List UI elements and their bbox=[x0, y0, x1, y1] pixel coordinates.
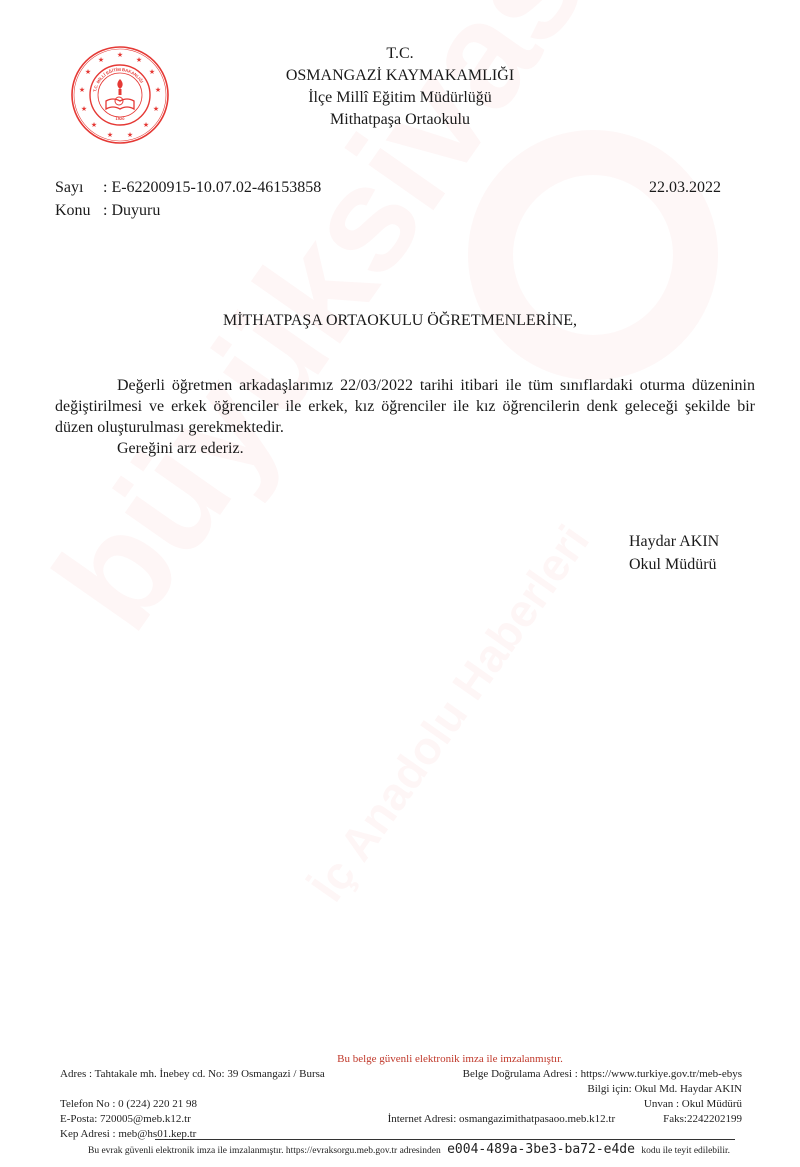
footer-title: Unvan : Okul Müdürü bbox=[388, 1097, 742, 1112]
addressee: MİTHATPAŞA ORTAOKULU ÖĞRETMENLERİNE, bbox=[0, 312, 800, 330]
svg-text:★: ★ bbox=[117, 51, 123, 59]
watermark-sub-text: İç Anadolu Haberleri bbox=[300, 515, 600, 911]
footer-fax: Faks:2242202199 bbox=[663, 1112, 742, 1127]
sayi-value: : E-62200915-10.07.02-46153858 bbox=[103, 176, 321, 199]
svg-text:★: ★ bbox=[143, 121, 149, 129]
meb-emblem-icon: ★ ★ ★ ★ ★ ★ ★ ★ ★ ★ ★ ★ ★ T.C. MİLLÎ EĞİ… bbox=[70, 45, 170, 145]
closing-line: Gereğini arz ederiz. bbox=[55, 438, 755, 459]
letterhead: T.C. OSMANGAZİ KAYMAKAMLIĞI İlçe Millî E… bbox=[250, 43, 550, 131]
svg-text:★: ★ bbox=[149, 68, 155, 76]
footer-address: Adres : Tahtakale mh. İnebey cd. No: 39 … bbox=[60, 1067, 325, 1082]
header-directorate: İlçe Millî Eğitim Müdürlüğü bbox=[250, 87, 550, 109]
document-meta: Sayı : E-62200915-10.07.02-46153858 Konu… bbox=[55, 176, 321, 222]
verify-prefix: Bu evrak güvenli elektronik imza ile imz… bbox=[88, 1146, 441, 1156]
svg-text:★: ★ bbox=[79, 86, 85, 94]
svg-text:★: ★ bbox=[91, 121, 97, 129]
konu-value: : Duyuru bbox=[103, 199, 160, 222]
footer-contacts: Telefon No : 0 (224) 220 21 98 E-Posta: … bbox=[60, 1097, 197, 1142]
svg-text:★: ★ bbox=[127, 131, 133, 139]
watermark-circle bbox=[468, 130, 718, 380]
footer-divider bbox=[155, 1139, 735, 1140]
header-district: OSMANGAZİ KAYMAKAMLIĞI bbox=[250, 65, 550, 87]
signer-title: Okul Müdürü bbox=[629, 553, 719, 576]
svg-text:★: ★ bbox=[85, 68, 91, 76]
sayi-label: Sayı bbox=[55, 176, 103, 199]
signature-block: Haydar AKIN Okul Müdürü bbox=[629, 530, 719, 576]
body-paragraph: Değerli öğretmen arkadaşlarımız 22/03/20… bbox=[55, 375, 755, 438]
svg-text:★: ★ bbox=[81, 105, 87, 113]
footer-email[interactable]: E-Posta: 720005@meb.k12.tr bbox=[60, 1112, 197, 1127]
footer-address-line: Adres : Tahtakale mh. İnebey cd. No: 39 … bbox=[60, 1067, 325, 1082]
svg-text:★: ★ bbox=[153, 105, 159, 113]
svg-text:★: ★ bbox=[98, 56, 104, 64]
svg-text:1920: 1920 bbox=[116, 116, 126, 121]
document-date: 22.03.2022 bbox=[649, 176, 721, 199]
svg-text:★: ★ bbox=[155, 86, 161, 94]
header-tc: T.C. bbox=[250, 43, 550, 65]
svg-text:★: ★ bbox=[136, 56, 142, 64]
verify-code: e004-489a-3be3-ba72-e4de bbox=[447, 1142, 635, 1157]
verification-line: Bu evrak güvenli elektronik imza ile imz… bbox=[88, 1142, 730, 1157]
footer-info: Bilgi için: Okul Md. Haydar AKIN bbox=[388, 1082, 742, 1097]
header-school: Mithatpaşa Ortaokulu bbox=[250, 109, 550, 131]
footer-internet[interactable]: İnternet Adresi: osmangazimithatpasaoo.m… bbox=[388, 1112, 616, 1127]
svg-text:★: ★ bbox=[107, 131, 113, 139]
footer-verify-address[interactable]: Belge Doğrulama Adresi : https://www.tur… bbox=[388, 1067, 742, 1082]
footer-phone: Telefon No : 0 (224) 220 21 98 bbox=[60, 1097, 197, 1112]
verify-suffix: kodu ile teyit edilebilir. bbox=[641, 1146, 730, 1156]
esign-note: Bu belge güvenli elektronik imza ile imz… bbox=[0, 1053, 800, 1065]
signer-name: Haydar AKIN bbox=[629, 530, 719, 553]
footer-right: Belge Doğrulama Adresi : https://www.tur… bbox=[388, 1067, 742, 1127]
letter-body: Değerli öğretmen arkadaşlarımız 22/03/20… bbox=[55, 375, 755, 459]
konu-label: Konu bbox=[55, 199, 103, 222]
